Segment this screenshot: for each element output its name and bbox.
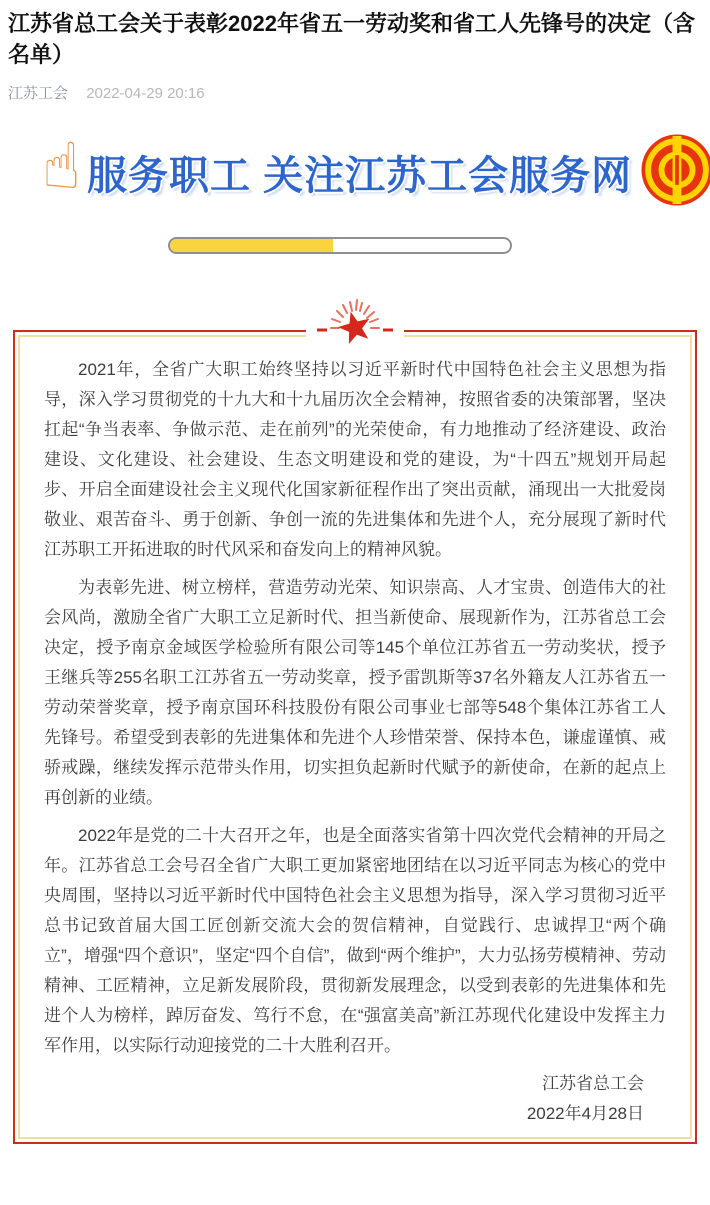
signature-org: 江苏省总工会 [44, 1069, 644, 1099]
signature-date: 2022年4月28日 [44, 1099, 644, 1129]
banner-slogan: 服务职工 关注江苏工会服务网 [87, 144, 632, 201]
article-timestamp: 2022-04-29 20:16 [86, 85, 204, 102]
article-page: 江苏省总工会关于表彰2022年省五一劳动奖和省工人先锋号的决定（含名单） 江苏工… [0, 0, 710, 1144]
service-site-banner[interactable]: ☝ 服务职工 关注江苏工会服务网 [0, 127, 710, 217]
star-burst-icon [306, 290, 404, 344]
progress-fill [170, 239, 333, 252]
signature-block: 江苏省总工会 2022年4月28日 [44, 1069, 666, 1129]
document-content: 2021年，全省广大职工始终坚持以习近平新时代中国特色社会主义思想为指导，深入学… [18, 335, 692, 1139]
union-logo-icon [640, 133, 710, 212]
paragraph-2: 为表彰先进、树立榜样，营造劳动光荣、知识崇高、人才宝贵、创造伟大的社会风尚，激励… [44, 573, 666, 813]
decision-document-box: 2021年，全省广大职工始终坚持以习近平新时代中国特色社会主义思想为指导，深入学… [13, 330, 697, 1144]
paragraph-1: 2021年，全省广大职工始终坚持以习近平新时代中国特色社会主义思想为指导，深入学… [44, 355, 666, 565]
pointing-finger-icon: ☝ [42, 134, 81, 198]
page-title: 江苏省总工会关于表彰2022年省五一劳动奖和省工人先锋号的决定（含名单） [0, 0, 710, 70]
paragraph-3: 2022年是党的二十大召开之年，也是全面落实省第十四次党代会精神的开局之年。江苏… [44, 821, 666, 1061]
article-source-link[interactable]: 江苏工会 [8, 85, 68, 102]
byline: 江苏工会 2022-04-29 20:16 [0, 70, 710, 103]
progress-bar [168, 237, 512, 254]
